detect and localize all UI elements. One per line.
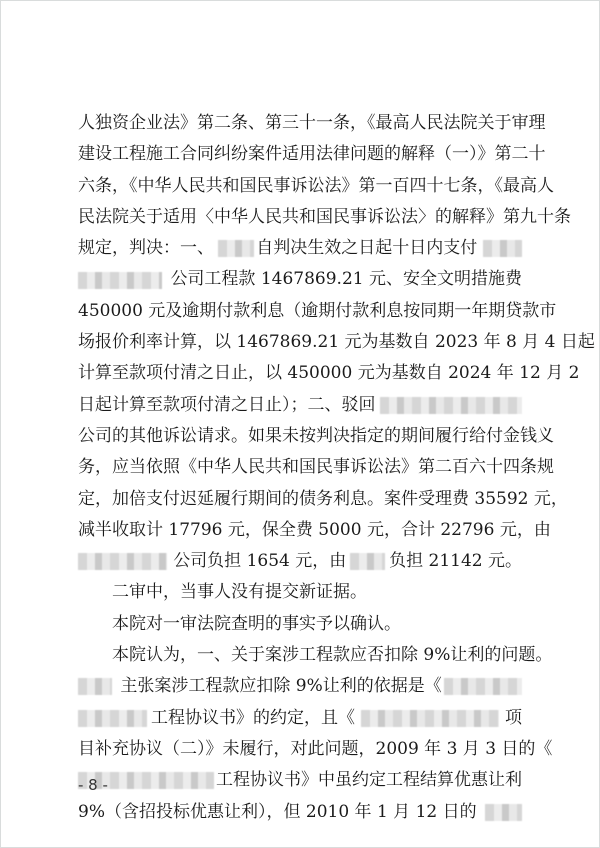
redacted-party — [78, 553, 167, 570]
text-line: 规定，判决：一、 自判决生效之日起十日内支付 — [78, 233, 522, 264]
text-line: 六条，《中华人民共和国民事诉讼法》第一百四十七条，《最高人 — [78, 171, 522, 202]
text-line: 民法院关于适用〈中华人民共和国民事诉讼法〉的解释》第九十条 — [78, 202, 522, 233]
redacted-party — [218, 240, 254, 257]
redacted-party — [380, 397, 523, 414]
text-line: 计算至款项付清之日止，以 450000 元为基数自 2024 年 12 月 2 — [78, 358, 522, 389]
text-line: 本院认为，一、关于案涉工程款应否扣除 9%让利的问题。 — [78, 640, 522, 671]
text-line: 减半收取计 17796 元，保全费 5000 元，合计 22796 元，由 — [78, 515, 522, 546]
text-line: 建设工程施工合同纠纷案件适用法律问题的解释（一）》第二十 — [78, 139, 522, 170]
text-line: 务，应当依照《中华人民共和国民事诉讼法》第二百六十四条规 — [78, 452, 522, 483]
text-line: 日起计算至款项付清之日止）；二、驳回 — [78, 390, 522, 421]
redacted-party — [78, 678, 112, 695]
text-line: 公司工程款 1467869.21 元、安全文明措施费 — [78, 264, 522, 295]
text-line: 主张案涉工程款应扣除 9%让利的依据是《 — [78, 671, 522, 702]
text-line: 目补充协议（二）》未履行，对此问题，2009 年 3 月 3 日的《 — [78, 734, 522, 765]
text-line: 公司负担 1654 元，由 负担 21142 元。 — [78, 546, 522, 577]
judgment-text: 人独资企业法》第二条、第三十一条，《最高人民法院关于审理 建设工程施工合同纠纷案… — [78, 108, 522, 828]
redacted-party — [483, 240, 522, 257]
text-line: 本院对一审法院查明的事实予以确认。 — [78, 609, 522, 640]
redacted-party — [350, 553, 385, 570]
text-line: 场报价利率计算，以 1467869.21 元为基数自 2023 年 8 月 4 … — [78, 327, 522, 358]
redacted-party — [78, 272, 162, 289]
document-page: 人独资企业法》第二条、第三十一条，《最高人民法院关于审理 建设工程施工合同纠纷案… — [0, 0, 600, 848]
text-line: 450000 元及逾期付款利息（逾期付款利息按同期一年期贷款市 — [78, 296, 522, 327]
text-line: 人独资企业法》第二条、第三十一条，《最高人民法院关于审理 — [78, 108, 522, 139]
text-line: 二审中，当事人没有提交新证据。 — [78, 577, 522, 608]
text-line: 定，加倍支付迟延履行期间的债务利息。案件受理费 35592 元， — [78, 484, 522, 515]
redacted-party — [78, 710, 147, 727]
redacted-party — [444, 678, 522, 695]
page-number: - 8 - — [78, 776, 108, 794]
text-line: 工程协议书》中虽约定工程结算优惠让利 — [78, 765, 522, 796]
redacted-party — [361, 710, 499, 727]
redacted-party — [485, 804, 522, 821]
text-line: 工程协议书》的约定，且《 项 — [78, 703, 522, 734]
text-line: 公司的其他诉讼请求。如果未按判决指定的期间履行给付金钱义 — [78, 421, 522, 452]
text-line: 9%（含招投标优惠让利），但 2010 年 1 月 12 日的 — [78, 797, 522, 828]
